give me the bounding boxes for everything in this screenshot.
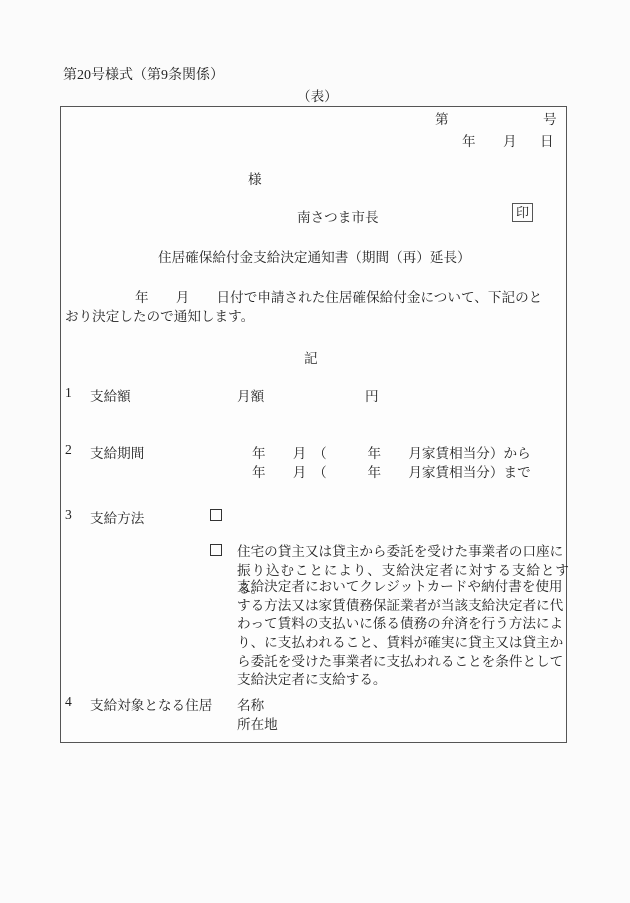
document-page: 第20号様式（第9条関係） （表） 第 号 年 月 日 様 南さつま市長 印 住… [0,0,630,903]
payment-option-2: 支給決定者においてクレジットカードや納付書を使用 する方法又は家賃債務保証業者が… [237,541,569,690]
item-1-number: 1 [65,385,72,401]
item-4-label: 支給対象となる住居 [90,694,212,714]
item-1-label: 支給額 [90,385,131,405]
period-to-line: 年 月 （ 年 月家賃相当分）まで [252,461,531,481]
residence-address-label: 所在地 [237,713,278,733]
item-3-label: 支給方法 [90,507,144,527]
item-3-number: 3 [65,507,72,523]
intro-line-1: 年 月 日付で申請された住居確保給付金について、下記のと [135,286,542,306]
sender-title: 南さつま市長 [297,206,379,226]
seal-stamp-icon: 印 [512,203,533,222]
item-4-number: 4 [65,694,72,710]
payment-option-1-checkbox-icon[interactable] [210,509,222,521]
intro-line-2: おり決定したので通知します。 [65,305,254,325]
period-from-line: 年 月 （ 年 月家賃相当分）から [252,442,531,462]
payment-option-2-text: 支給決定者においてクレジットカードや納付書を使用 する方法又は家賃債務保証業者が… [237,579,563,687]
form-number-label: 第20号様式（第9条関係） [63,64,224,84]
front-side-label: （表） [297,85,338,105]
date-day-label: 日 [540,130,554,150]
item-2-number: 2 [65,442,72,458]
doc-number-prefix: 第 [435,108,449,128]
record-mark: 記 [304,347,318,367]
yen-label: 円 [365,385,379,405]
document-title: 住居確保給付金支給決定通知書（期間（再）延長） [158,246,471,266]
item-2-label: 支給期間 [90,442,144,462]
addressee-honorific: 様 [248,168,262,188]
date-year-label: 年 [462,130,476,150]
monthly-amount-label: 月額 [237,385,264,405]
residence-name-label: 名称 [237,694,264,714]
doc-number-suffix: 号 [543,108,557,128]
payment-option-2-checkbox-icon[interactable] [210,544,222,556]
date-month-label: 月 [503,130,517,150]
